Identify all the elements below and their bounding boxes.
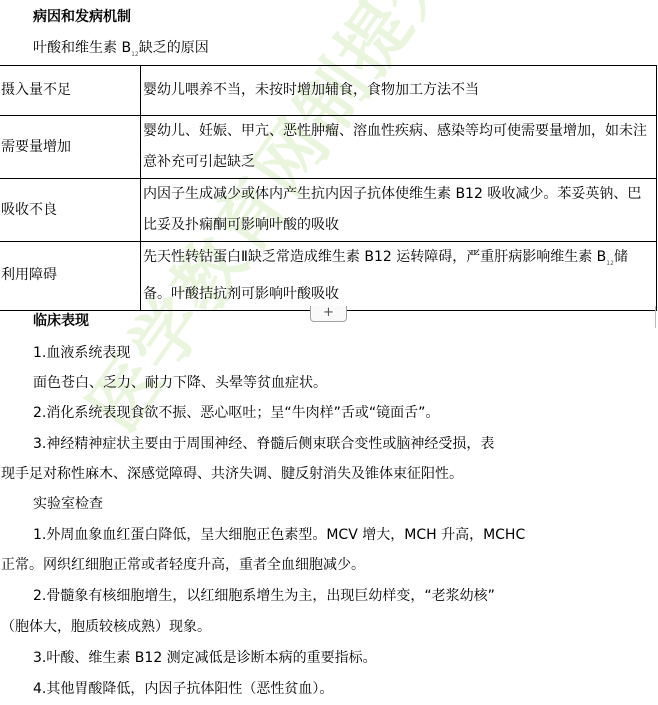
text-line: 1.外周血象血红蛋白降低，呈大细胞正色素型。MCV 增大，MCH 升高，MCHC <box>33 525 525 545</box>
cause-cell: 利用障碍 <box>0 242 141 311</box>
cause-cell: 需要量增加 <box>0 116 141 179</box>
text-line: 面色苍白、乏力、耐力下降、头晕等贫血症状。 <box>33 373 327 393</box>
table-row: 利用障碍 先天性转钴蛋白Ⅱ缺乏常造成维生素 B12 运转障碍，严重肝病影响维生素… <box>0 242 657 311</box>
caption-text-end: 缺乏的原因 <box>139 40 209 56</box>
caption-text: 叶酸和维生素 B <box>33 40 131 56</box>
section-title-clinical: 临床表现 <box>33 311 89 331</box>
detail-subscript: 12 <box>606 260 614 267</box>
text-line: 3.叶酸、维生素 B12 测定减低是诊断本病的重要指标。 <box>33 648 377 668</box>
section-title-etiology: 病因和发病机制 <box>33 7 131 27</box>
cause-cell: 摄入量不足 <box>0 66 141 116</box>
text-line: 3.神经精神症状主要由于周围神经、脊髓后侧束联合变性或脑神经受损，表 <box>33 434 494 454</box>
text-line: （胞体大，胞质较核成熟）现象。 <box>1 617 211 637</box>
cause-cell: 吸收不良 <box>0 179 141 242</box>
table-caption: 叶酸和维生素 B12缺乏的原因 <box>33 38 209 65</box>
detail-cell: 内因子生成减少或体内产生抗内因子抗体使维生素 B12 吸收减少。苯妥英钠、巴比妥… <box>141 179 657 242</box>
text-line: 2.消化系统表现食欲不振、恶心呕吐；呈“牛肉样”舌或“镜面舌”。 <box>33 403 439 423</box>
detail-cell: 先天性转钴蛋白Ⅱ缺乏常造成维生素 B12 运转障碍，严重肝病影响维生素 B12储… <box>141 242 657 311</box>
causes-table: 摄入量不足 婴幼儿喂养不当，未按时增加辅食，食物加工方法不当 需要量增加 婴幼儿… <box>0 65 657 311</box>
add-row-button[interactable]: + <box>310 306 347 322</box>
text-line: 1.血液系统表现 <box>33 343 130 363</box>
caption-subscript: 12 <box>131 51 139 58</box>
text-line: 4.其他胃酸降低，内因子抗体阳性（恶性贫血）。 <box>33 679 333 699</box>
table-row: 吸收不良 内因子生成减少或体内产生抗内因子抗体使维生素 B12 吸收减少。苯妥英… <box>0 179 657 242</box>
section-title-lab: 实验室检查 <box>33 494 103 514</box>
text-line: 正常。网织红细胞正常或者轻度升高，重者全血细胞减少。 <box>1 555 365 575</box>
text-line: 2.骨髓象有核细胞增生，以红细胞系增生为主，出现巨幼样变，“老浆幼核” <box>33 586 495 606</box>
table-row: 摄入量不足 婴幼儿喂养不当，未按时增加辅食，食物加工方法不当 <box>0 66 657 116</box>
detail-text: 先天性转钴蛋白Ⅱ缺乏常造成维生素 B12 运转障碍，严重肝病影响维生素 B <box>143 249 606 265</box>
text-line: 现手足对称性麻木、深感觉障碍、共济失调、腱反射消失及锥体束征阳性。 <box>1 464 463 484</box>
edge-divider <box>655 306 656 328</box>
table-row: 需要量增加 婴幼儿、妊娠、甲亢、恶性肿瘤、溶血性疾病、感染等均可使需要量增加，如… <box>0 116 657 179</box>
detail-cell: 婴幼儿、妊娠、甲亢、恶性肿瘤、溶血性疾病、感染等均可使需要量增加，如未注意补充可… <box>141 116 657 179</box>
detail-cell: 婴幼儿喂养不当，未按时增加辅食，食物加工方法不当 <box>141 66 657 116</box>
